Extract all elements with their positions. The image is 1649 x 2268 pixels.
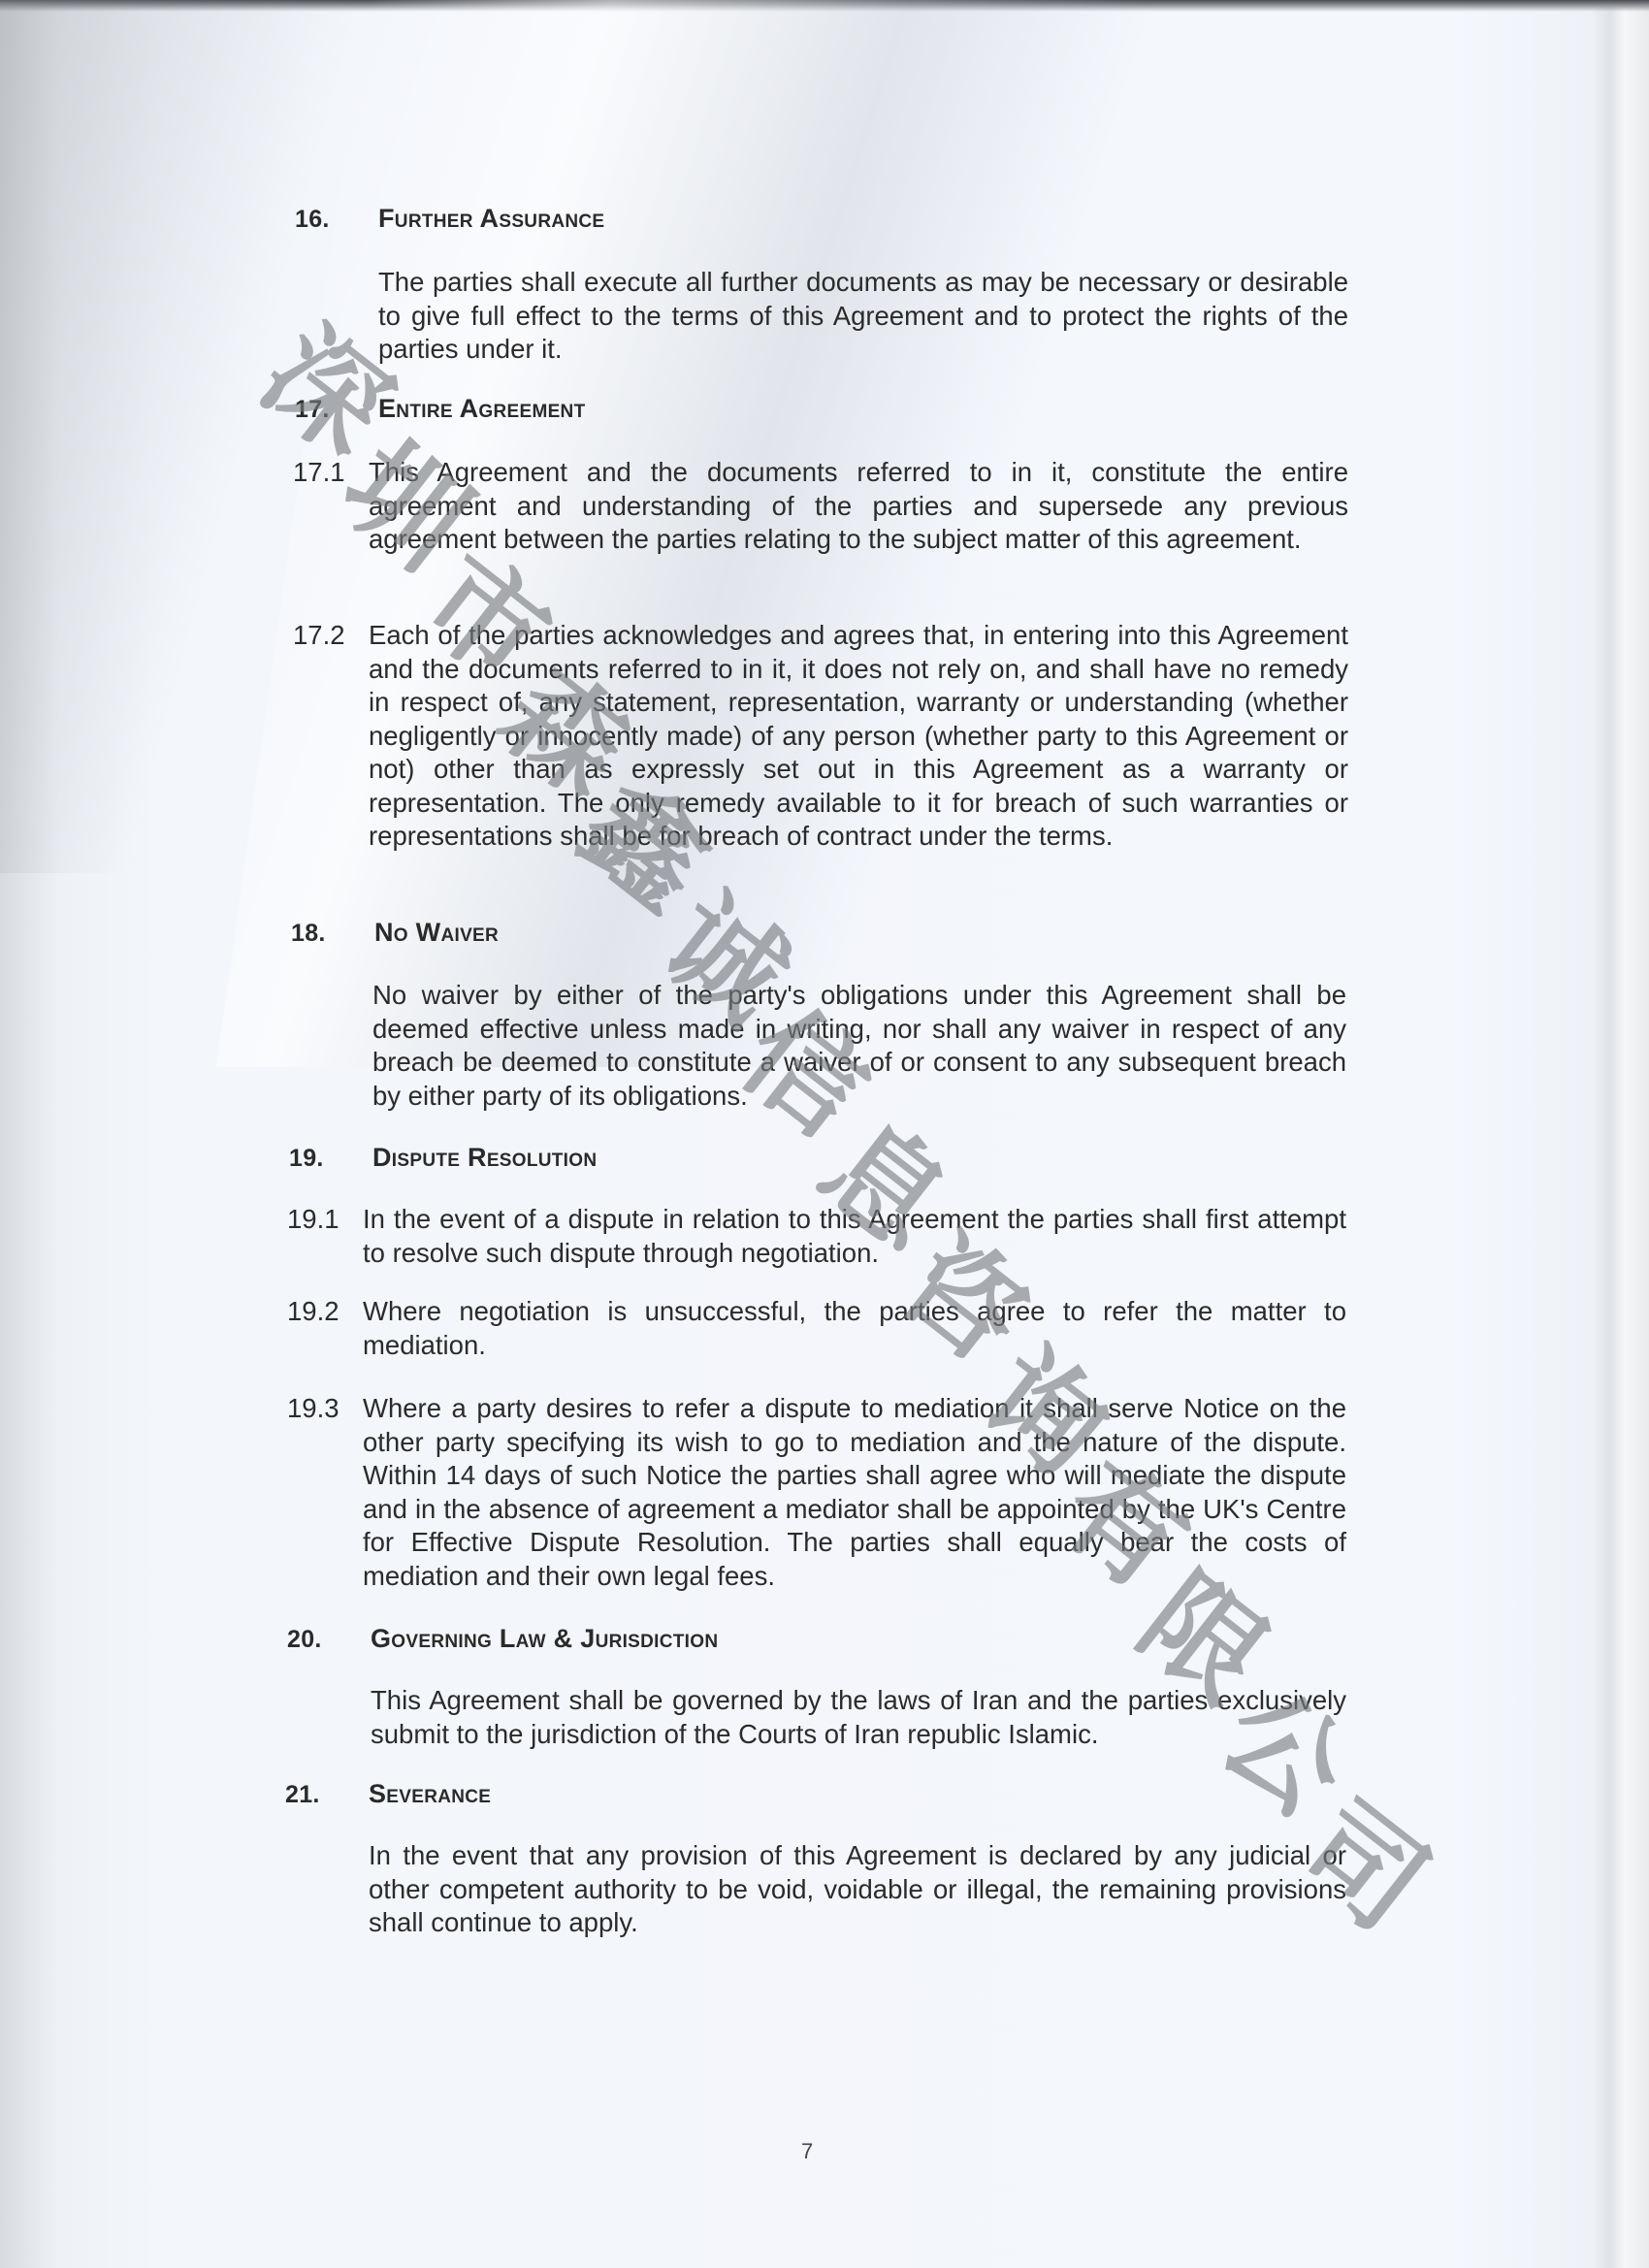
subclause-text: Each of the parties acknowledges and agr… (369, 619, 1348, 854)
clause-number: 21. (285, 1781, 369, 1809)
document-content: 16. Further Assurance The parties shall … (0, 0, 1649, 2268)
clause-title: Dispute Resolution (372, 1143, 597, 1173)
clause-title: Governing Law & Jurisdiction (371, 1624, 718, 1654)
subclause-17-2: 17.2 Each of the parties acknowledges an… (293, 619, 1348, 854)
clause-20-heading: 20. Governing Law & Jurisdiction (287, 1624, 718, 1654)
scanned-page: 16. Further Assurance The parties shall … (0, 0, 1649, 2268)
clause-title: Severance (369, 1779, 491, 1809)
subclause-number: 19.2 (287, 1295, 363, 1362)
clause-18-body: No waiver by either of the party's oblig… (372, 979, 1346, 1113)
subclause-text: This Agreement and the documents referre… (369, 456, 1348, 557)
clause-title: Entire Agreement (378, 394, 585, 424)
clause-number: 18. (291, 920, 374, 948)
subclause-19-2: 19.2 Where negotiation is unsuccessful, … (287, 1295, 1346, 1362)
subclause-text: Where a party desires to refer a dispute… (363, 1392, 1346, 1593)
clause-number: 20. (287, 1626, 371, 1654)
clause-number: 19. (289, 1145, 372, 1173)
clause-number: 16. (295, 206, 378, 234)
subclause-number: 17.2 (293, 619, 369, 854)
clause-21-heading: 21. Severance (285, 1779, 491, 1809)
subclause-text: In the event of a dispute in relation to… (363, 1203, 1346, 1270)
page-number: 7 (801, 2139, 813, 2164)
subclause-19-1: 19.1 In the event of a dispute in relati… (287, 1203, 1346, 1270)
clause-title: Further Assurance (378, 204, 604, 234)
clause-16-heading: 16. Further Assurance (295, 204, 604, 234)
clause-21-body: In the event that any provision of this … (369, 1839, 1346, 1940)
clause-20-body: This Agreement shall be governed by the … (371, 1684, 1346, 1751)
subclause-19-3: 19.3 Where a party desires to refer a di… (287, 1392, 1346, 1593)
subclause-number: 19.3 (287, 1392, 363, 1593)
subclause-17-1: 17.1 This Agreement and the documents re… (293, 456, 1348, 557)
clause-title: No Waiver (374, 918, 499, 948)
clause-number: 17. (295, 396, 378, 424)
clause-19-heading: 19. Dispute Resolution (289, 1143, 597, 1173)
subclause-number: 19.1 (287, 1203, 363, 1270)
clause-18-heading: 18. No Waiver (291, 918, 499, 948)
clause-16-body: The parties shall execute all further do… (378, 266, 1348, 367)
subclause-text: Where negotiation is unsuccessful, the p… (363, 1295, 1346, 1362)
subclause-number: 17.1 (293, 456, 369, 557)
clause-17-heading: 17. Entire Agreement (295, 394, 585, 424)
